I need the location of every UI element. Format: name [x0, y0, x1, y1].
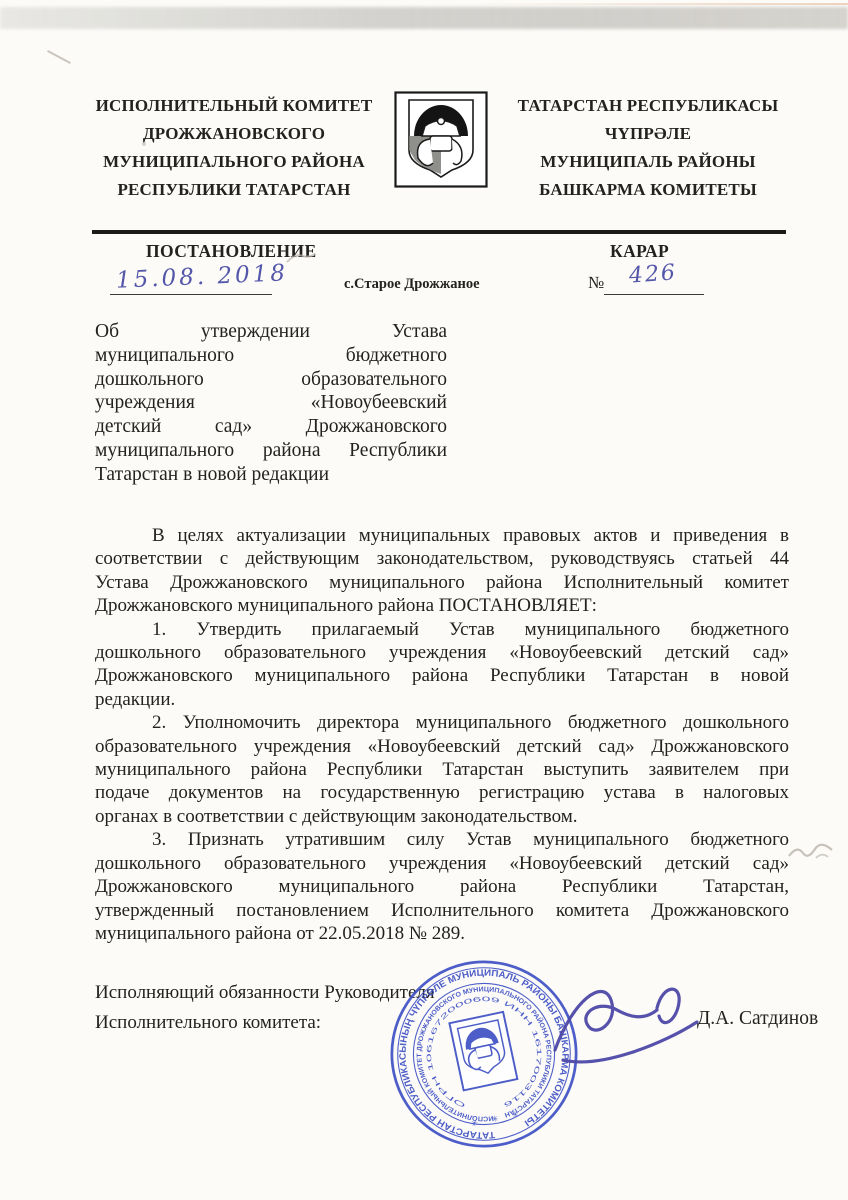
- paragraph: 3. Признать утратившим силу Устав муници…: [95, 828, 789, 945]
- signatory-title-line2: Исполнительного комитета:: [95, 1012, 321, 1034]
- letterhead-russian: ИСПОЛНИТЕЛЬНЫЙ КОМИТЕТ ДРОЖЖАНОВСКОГО МУ…: [88, 92, 380, 204]
- paragraph: В целях актуализации муниципальных право…: [95, 524, 789, 618]
- text-line: 3. Признать утратившим силу Устав муници…: [95, 828, 789, 851]
- letterhead-line: МУНИЦИПАЛЬ РАЙОНЫ: [502, 148, 794, 176]
- text-line: дошкольного образовательного: [95, 368, 447, 392]
- paragraph: 2. Уполномочить директора муниципального…: [95, 711, 789, 828]
- letterhead-line: ДРОЖЖАНОВСКОГО: [88, 120, 380, 148]
- coat-of-arms-icon: [394, 91, 488, 193]
- decree-subject: Об утверждении Уставамуниципального бюдж…: [95, 320, 447, 487]
- text-line: подаче документов на государственную рег…: [95, 781, 789, 804]
- number-sign: №: [588, 273, 604, 293]
- text-line: дошкольного образовательного учреждения …: [95, 641, 789, 664]
- letterhead-line: МУНИЦИПАЛЬНОГО РАЙОНА: [88, 148, 380, 176]
- handwritten-number: 426: [628, 260, 678, 288]
- text-line: органах в соответствии с действующим зак…: [95, 805, 789, 828]
- text-line: утвержденный постановлением Исполнительн…: [95, 899, 789, 922]
- text-line: Об утверждении Устава: [95, 320, 447, 344]
- text-line: муниципального района от 22.05.2018 № 28…: [95, 922, 789, 945]
- text-line: дошкольного образовательного учреждения …: [95, 852, 789, 875]
- text-line: редакции.: [95, 688, 789, 711]
- letterhead-line: БАШКАРМА КОМИТЕТЫ: [502, 176, 794, 204]
- text-line: детский сад» Дрожжановского: [95, 415, 447, 439]
- text-line: образовательного учреждения «Новоубеевск…: [95, 735, 789, 758]
- letterhead-line: ЧҮПРӘЛЕ: [502, 120, 794, 148]
- date-blank-line: [110, 294, 272, 295]
- pencil-mark: [283, 248, 319, 268]
- stamp-center-emblem: [449, 1012, 517, 1091]
- text-line: муниципального бюджетного: [95, 344, 447, 368]
- handwritten-signature: [545, 972, 705, 1084]
- decree-body: В целях актуализации муниципальных право…: [95, 524, 789, 945]
- paragraph: 1. Утвердить прилагаемый Устав муниципал…: [95, 618, 789, 712]
- letterhead-line: ИСПОЛНИТЕЛЬНЫЙ КОМИТЕТ: [88, 92, 380, 120]
- text-line: Дрожжановского муниципального района Рес…: [95, 664, 789, 687]
- text-line: Устава Дрожжановского муниципального рай…: [95, 571, 789, 594]
- stamp-stars: ✳ ✳ ✳: [470, 1109, 525, 1129]
- scan-artifact-top-band: [0, 7, 848, 29]
- scan-artifact-speck: [47, 50, 71, 64]
- place-name: с.Старое Дрожжаное: [344, 276, 480, 293]
- scan-artifact-top-line: [466, 3, 848, 5]
- text-line: Татарстан в новой редакции: [95, 463, 447, 487]
- text-line: 1. Утвердить прилагаемый Устав муниципал…: [95, 618, 789, 641]
- doc-type-tatar: КАРАР: [610, 241, 669, 262]
- pencil-mark: [786, 838, 838, 866]
- header-divider-rule: [92, 230, 786, 234]
- text-line: муниципального района Республики: [95, 439, 447, 463]
- letterhead-tatar: ТАТАРСТАН РЕСПУБЛИКАСЫ ЧҮПРӘЛЕ МУНИЦИПАЛ…: [502, 92, 794, 204]
- text-line: учреждения «Новоубеевский: [95, 391, 447, 415]
- text-line: Дрожжановского муниципального района ПОС…: [95, 594, 789, 617]
- scanned-decree-page: ИСПОЛНИТЕЛЬНЫЙ КОМИТЕТ ДРОЖЖАНОВСКОГО МУ…: [0, 0, 848, 1200]
- text-line: муниципального района Республики Татарст…: [95, 758, 789, 781]
- text-line: 2. Уполномочить директора муниципального…: [95, 711, 789, 734]
- signatory-name: Д.А. Сатдинов: [697, 1008, 818, 1030]
- text-line: соответствии с действующим законодательс…: [95, 547, 789, 570]
- text-line: В целях актуализации муниципальных право…: [95, 524, 789, 547]
- text-line: Дрожжановского муниципального района Рес…: [95, 875, 789, 898]
- number-blank-line: [604, 294, 704, 295]
- letterhead-line: РЕСПУБЛИКИ ТАТАРСТАН: [88, 176, 380, 204]
- handwritten-date: 15.08. 2018: [116, 260, 289, 293]
- letterhead-line: ТАТАРСТАН РЕСПУБЛИКАСЫ: [502, 92, 794, 120]
